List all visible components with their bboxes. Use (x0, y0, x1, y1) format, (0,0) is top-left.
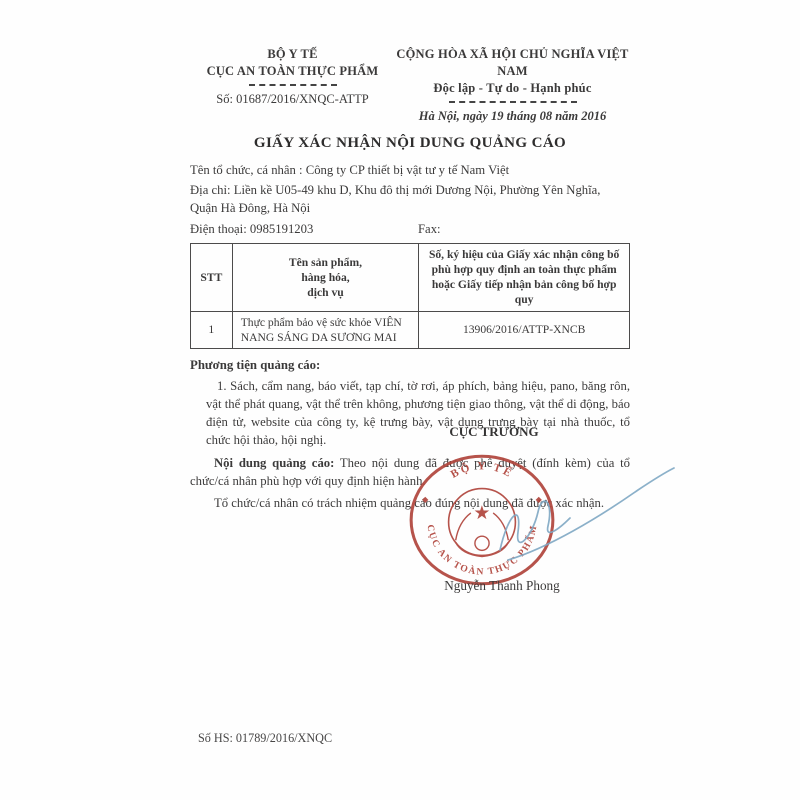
page-title: GIẤY XÁC NHẬN NỘI DUNG QUẢNG CÁO (190, 135, 630, 152)
national-motto: Độc lập - Tự do - Hạnh phúc (395, 80, 630, 97)
document-body: BỘ Y TẾ CỤC AN TOÀN THỰC PHẨM Số: 01687/… (190, 46, 630, 517)
document-header: BỘ Y TẾ CỤC AN TOÀN THỰC PHẨM Số: 01687/… (190, 46, 630, 124)
content-section-label: Nội dung quảng cáo: (214, 456, 334, 470)
signatory-name: Nguyễn Thanh Phong (412, 578, 592, 594)
media-section-label: Phương tiện quảng cáo: (190, 358, 630, 373)
phone-fax-row: Điện thoại: 0985191203 Fax: (190, 220, 630, 238)
fax-line: Fax: (418, 220, 630, 238)
organization-info: Tên tổ chức, cá nhân : Công ty CP thiết … (190, 161, 630, 239)
products-table: STT Tên sản phẩm, hàng hóa, dịch vụ Số, … (190, 243, 630, 348)
row-certificate-cell: 13906/2016/ATTP-XNCB (419, 311, 630, 348)
document-number: Số: 01687/2016/XNQC-ATTP (190, 92, 395, 107)
document-page: BỘ Y TẾ CỤC AN TOÀN THỰC PHẨM Số: 01687/… (0, 0, 800, 800)
issue-date-place: Hà Nội, ngày 19 tháng 08 năm 2016 (395, 109, 630, 124)
seal-wreath-left (456, 513, 471, 540)
row-stt-cell: 1 (191, 311, 233, 348)
ministry-name: BỘ Y TẾ (190, 46, 395, 63)
seal-top-text: BỘ Y TẾ (449, 460, 516, 480)
table-header-stt: STT (191, 244, 233, 311)
seal-diamond-left-icon: ◆ (422, 495, 429, 504)
table-row: 1 Thực phẩm bảo vệ sức khỏe VIÊN NANG SÁ… (191, 311, 630, 348)
address-line: Địa chỉ: Liền kề U05-49 khu D, Khu đô th… (190, 181, 630, 218)
table-header-product: Tên sản phẩm, hàng hóa, dịch vụ (232, 244, 419, 311)
signatory-title: CỤC TRƯỞNG (380, 424, 608, 440)
header-separator-left (249, 84, 337, 86)
department-name: CỤC AN TOÀN THỰC PHẨM (190, 63, 395, 80)
organization-line: Tên tổ chức, cá nhân : Công ty CP thiết … (190, 161, 630, 179)
header-separator-right (449, 101, 577, 103)
table-header-certificate: Số, ký hiệu của Giấy xác nhận công bố ph… (419, 244, 630, 311)
hs-number: Số HS: 01789/2016/XNQC (198, 731, 332, 746)
table-header-row: STT Tên sản phẩm, hàng hóa, dịch vụ Số, … (191, 244, 630, 311)
svg-text:BỘ Y TẾ: BỘ Y TẾ (449, 460, 516, 480)
phone-line: Điện thoại: 0985191203 (190, 220, 313, 238)
seal-diamond-right-icon: ◆ (536, 495, 543, 504)
seal-wreath-right (493, 513, 508, 540)
seal-cogwheel (475, 536, 489, 550)
national-header-block: CỘNG HÒA XÃ HỘI CHỦ NGHĨA VIỆT NAM Độc l… (395, 46, 630, 124)
star-icon: ★ (473, 503, 490, 524)
row-product-cell: Thực phẩm bảo vệ sức khỏe VIÊN NANG SÁNG… (232, 311, 419, 348)
issuing-agency-block: BỘ Y TẾ CỤC AN TOÀN THỰC PHẨM Số: 01687/… (190, 46, 395, 124)
country-name: CỘNG HÒA XÃ HỘI CHỦ NGHĨA VIỆT NAM (395, 46, 630, 80)
official-seal-stamp: BỘ Y TẾ CỤC AN TOÀN THỰC PHẨM ◆ ◆ ★ (401, 449, 563, 591)
